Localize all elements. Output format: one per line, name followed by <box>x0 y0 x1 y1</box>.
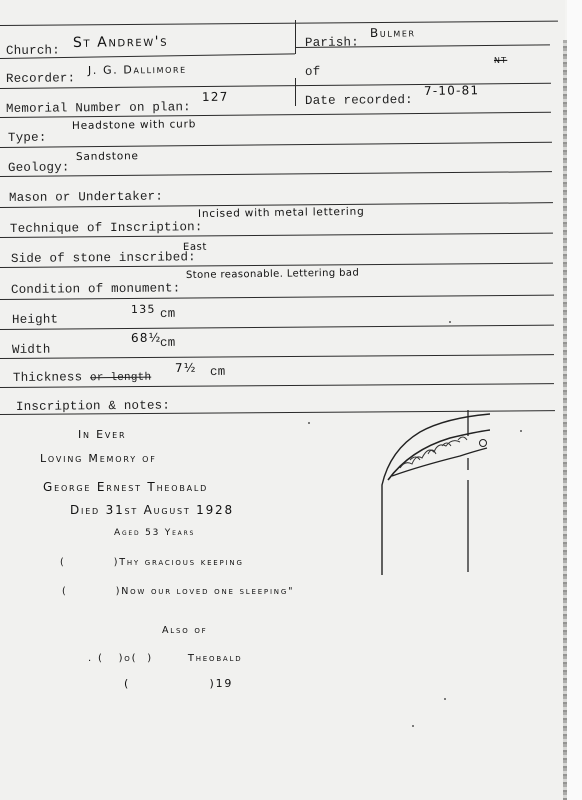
width-label: Width <box>12 343 51 357</box>
inscription-line: ( )19 <box>124 677 233 690</box>
scan-speck <box>449 321 451 323</box>
width-unit: cm <box>160 336 176 350</box>
row-rule <box>0 142 552 149</box>
inscription-line: . ( )o( ) Theobald <box>88 653 242 664</box>
church-label: Church: <box>6 43 60 58</box>
row-rule <box>0 325 554 331</box>
type-label: Type: <box>8 131 47 145</box>
recorder-label: Recorder: <box>6 71 75 86</box>
inscription-line: Loving Memory of <box>40 452 157 465</box>
memorial-number-value[interactable]: 127 <box>202 90 229 104</box>
inscription-line: In Ever <box>78 428 126 441</box>
technique-label: Technique of Inscription: <box>10 220 203 236</box>
record-form-page: Church: St Andrew's Parish: Bulmer Recor… <box>0 0 565 800</box>
height-label: Height <box>12 313 58 327</box>
headstone-sketch <box>380 410 490 580</box>
column-divider <box>295 20 296 54</box>
thickness-unit: cm <box>210 365 226 379</box>
inscription-line: ( )Thy gracious keeping <box>60 557 244 568</box>
condition-value[interactable]: Stone reasonable. Lettering bad <box>186 268 359 281</box>
memorial-number-label: Memorial Number on plan: <box>6 100 191 116</box>
thickness-value[interactable]: 7½ <box>175 361 197 375</box>
scan-speck <box>412 725 414 727</box>
date-recorded-value[interactable]: 7-10-81 <box>424 83 479 98</box>
column-divider <box>295 78 296 106</box>
geology-value[interactable]: Sandstone <box>76 150 139 163</box>
church-value[interactable]: St Andrew's <box>73 34 168 51</box>
scan-speck <box>308 422 310 424</box>
thickness-label-text: Thickness <box>13 370 82 385</box>
thickness-struck-text: or length <box>90 372 151 385</box>
parish-value[interactable]: Bulmer <box>370 25 416 40</box>
technique-value[interactable]: Incised with metal lettering <box>198 206 365 220</box>
side-inscribed-value[interactable]: East <box>183 242 207 253</box>
inscription-label: Inscription & notes: <box>16 399 170 414</box>
of-value[interactable]: NT <box>494 56 507 65</box>
inscription-line: Aged 53 Years <box>114 528 195 538</box>
of-label: of <box>305 65 321 79</box>
scan-margin <box>567 0 582 800</box>
date-recorded-label: Date recorded: <box>305 93 413 108</box>
type-value[interactable]: Headstone with curb <box>72 118 196 132</box>
scan-speck <box>520 430 522 432</box>
inscription-line: ( )Now our loved one sleeping" <box>62 586 294 597</box>
mason-label: Mason or Undertaker: <box>9 190 163 205</box>
thickness-label: Thickness or length <box>13 370 151 385</box>
row-rule <box>0 354 554 359</box>
condition-label: Condition of monument: <box>11 281 181 297</box>
form-top-rule <box>0 21 558 27</box>
scan-speck <box>444 698 446 700</box>
height-value[interactable]: 135 <box>131 303 156 316</box>
inscription-line: George Ernest Theobald <box>43 480 208 494</box>
side-inscribed-label: Side of stone inscribed: <box>11 250 196 266</box>
row-rule <box>0 171 552 177</box>
inscription-line: Died 31st August 1928 <box>70 503 234 517</box>
inscription-line: Also of <box>162 625 208 636</box>
geology-label: Geology: <box>8 160 70 175</box>
height-unit: cm <box>160 307 176 321</box>
width-value[interactable]: 68½ <box>131 331 162 345</box>
recorder-value[interactable]: J. G. Dallimore <box>88 63 187 77</box>
